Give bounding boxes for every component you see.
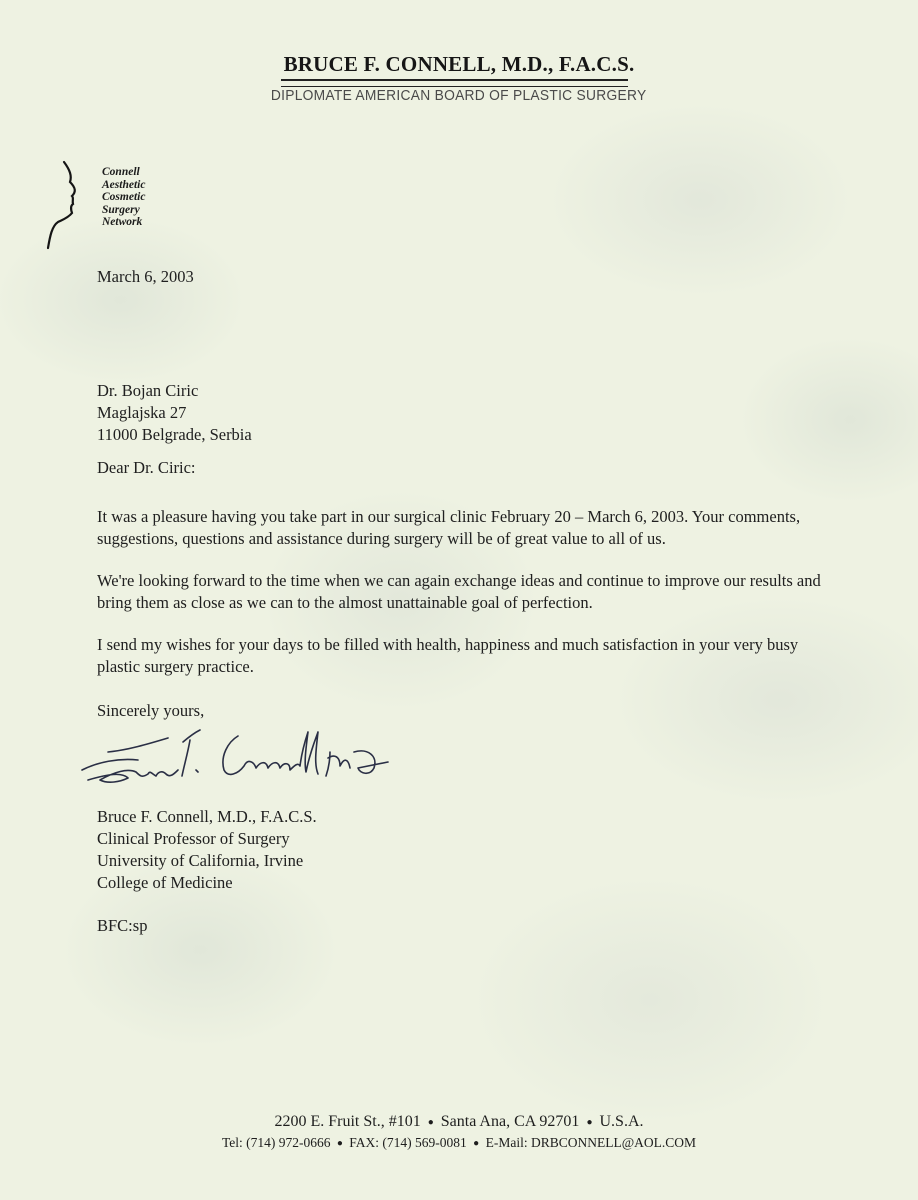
recipient-name: Dr. Bojan Ciric [97, 380, 252, 402]
footer-tel: Tel: (714) 972-0666 [222, 1135, 331, 1150]
recipient-city: 11000 Belgrade, Serbia [97, 424, 252, 446]
handwritten-signature [78, 722, 408, 792]
letterhead-rule [281, 79, 628, 87]
logo-line: Aesthetic [102, 179, 145, 192]
footer-fax: FAX: (714) 569-0081 [349, 1135, 467, 1150]
footer-address: 2200 E. Fruit St., #101 ● Santa Ana, CA … [0, 1113, 918, 1131]
body-paragraph: I send my wishes for your days to be fil… [97, 634, 827, 678]
footer-contact: Tel: (714) 972-0666 ● FAX: (714) 569-008… [0, 1135, 918, 1151]
logo-line: Cosmetic [102, 191, 145, 204]
signer-title: Clinical Professor of Surgery [97, 828, 317, 850]
face-profile-icon [44, 160, 84, 252]
recipient-street: Maglajska 27 [97, 402, 252, 424]
letterhead-name: BRUCE F. CONNELL, M.D., F.A.C.S. [0, 52, 918, 77]
letter-date: March 6, 2003 [97, 266, 194, 288]
signer-institution: University of California, Irvine [97, 850, 317, 872]
closing: Sincerely yours, [97, 700, 204, 722]
salutation: Dear Dr. Ciric: [97, 457, 196, 479]
logo-line: Surgery [102, 204, 145, 217]
signature-block: Bruce F. Connell, M.D., F.A.C.S. Clinica… [97, 806, 317, 894]
body-paragraph: It was a pleasure having you take part i… [97, 506, 827, 550]
bullet-icon: ● [337, 1138, 343, 1149]
footer-email[interactable]: E-Mail: DRBCONNELL@AOL.COM [486, 1135, 696, 1150]
bullet-icon: ● [586, 1117, 592, 1128]
logo-text: Connell Aesthetic Cosmetic Surgery Netwo… [102, 166, 145, 229]
signer-department: College of Medicine [97, 872, 317, 894]
bullet-icon: ● [473, 1138, 479, 1149]
logo-line: Connell [102, 166, 145, 179]
footer-street: 2200 E. Fruit St., #101 [274, 1113, 420, 1130]
signer-name: Bruce F. Connell, M.D., F.A.C.S. [97, 806, 317, 828]
body-paragraph: We're looking forward to the time when w… [97, 570, 827, 614]
footer-city: Santa Ana, CA 92701 [441, 1113, 580, 1130]
typist-initials: BFC:sp [97, 915, 147, 937]
letterhead-subtitle: DIPLOMATE AMERICAN BOARD OF PLASTIC SURG… [36, 87, 881, 104]
footer-country: U.S.A. [599, 1113, 643, 1130]
bullet-icon: ● [428, 1117, 434, 1128]
logo-line: Network [102, 216, 145, 229]
recipient-address: Dr. Bojan Ciric Maglajska 27 11000 Belgr… [97, 380, 252, 446]
